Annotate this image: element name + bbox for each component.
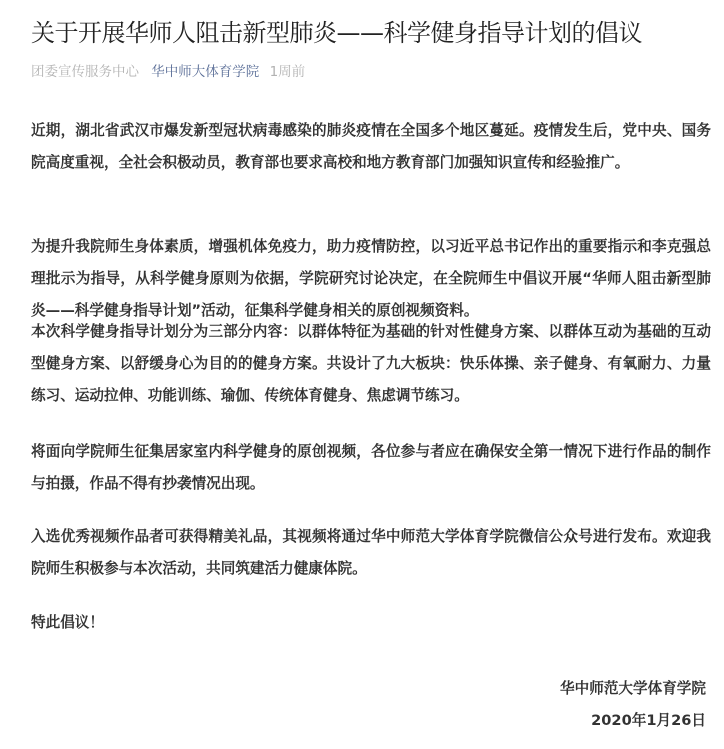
publish-time: 1周前	[270, 64, 306, 80]
article-source: 团委宣传服务中心	[31, 64, 139, 80]
article-title: 关于开展华师人阻击新型肺炎——科学健身指导计划的倡议	[31, 16, 642, 50]
article-meta: 团委宣传服务中心 华中师大体育学院 1周前	[31, 62, 305, 82]
paragraph-background: 近期，湖北省武汉市爆发新型冠状病毒感染的肺炎疫情在全国多个地区蔓延。疫情发生后，…	[31, 115, 711, 179]
paragraph-purpose: 为提升我院师生身体素质，增强机体免疫力，助力疫情防控，以习近平总书记作出的重要指…	[31, 231, 711, 327]
paragraph-plan-content: 本次科学健身指导计划分为三部分内容：以群体特征为基础的针对性健身方案、以群体互动…	[31, 316, 711, 412]
account-link[interactable]: 华中师大体育学院	[151, 64, 259, 80]
signature: 华中师范大学体育学院 2020年1月26日	[560, 673, 706, 737]
paragraph-closing: 特此倡议！	[31, 607, 104, 639]
signature-date: 2020年1月26日	[560, 705, 706, 737]
paragraph-submission: 将面向学院师生征集居家室内科学健身的原创视频，各位参与者应在确保安全第一情况下进…	[31, 436, 711, 500]
paragraph-rewards: 入选优秀视频作品者可获得精美礼品，其视频将通过华中师范大学体育学院微信公众号进行…	[31, 521, 711, 585]
signature-organization: 华中师范大学体育学院	[560, 673, 706, 705]
